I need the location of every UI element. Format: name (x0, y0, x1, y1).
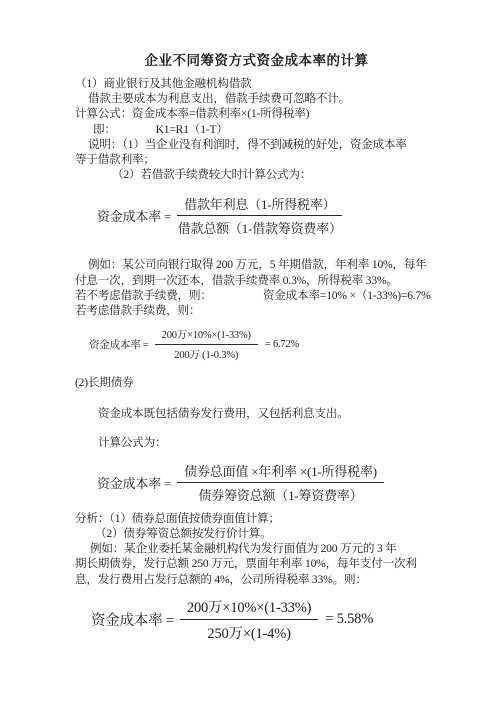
formula-bond-example: 资金成本率 = 200万×10%×(1-33%) 250万×(1-4%) = 5… (91, 596, 438, 643)
formula-lead: 资金成本率 = (89, 337, 149, 352)
line-loan-formula-text: 计算公式：资金成本率=借款利率×(1-所得税率) (75, 106, 438, 121)
line-loan-cost-intro: 借款主要成本为利息支出，借款手续费可忽略不计。 (75, 91, 438, 106)
line-loan-formula-symbols: 即： K1=R1（1-T） (75, 122, 438, 137)
line-note-2: （2）若借款手续费较大时计算公式为： (75, 167, 438, 182)
line-analysis-1: 分析：（1）债券总面值按债券面值计算； (75, 511, 438, 526)
line-bond-example-3: 息，发行费用占发行总额的 4%，公司所得税率 33%。则： (75, 572, 438, 587)
formula-denominator: 借款总额（1-借款筹资费率） (177, 216, 342, 237)
formula-loan-example: 资金成本率 = 200万×10%×(1-33%) 200万 (1-0.3%) =… (89, 327, 438, 362)
formula-fraction: 200万×10%×(1-33%) 200万 (1-0.3%) (155, 327, 258, 362)
formula-numerator: 200万×10%×(1-33%) (155, 327, 258, 345)
line-bond-formula-label: 计算公式为： (75, 435, 438, 450)
formula-loan-cost-rate: 资金成本率 = 借款年利息（1-所得税率） 借款总额（1-借款筹资费率） (97, 194, 438, 237)
formula-lead: 资金成本率 = (97, 206, 171, 225)
formula-numerator: 借款年利息（1-所得税率） (177, 194, 342, 216)
line-bond-example-2: 期长期债券，发行总额 250 万元，票面年利率 10%，每年支付一次利 (75, 556, 438, 571)
line-bank-loan-heading: （1）商业银行及其他金融机构借款 (75, 76, 438, 91)
formula-result: = 5.58% (325, 611, 373, 628)
line-bond-cost-intro: 资金成本既包括债券发行费用，又包括利息支出。 (75, 406, 438, 421)
formula-numerator: 债券总面值 ×年利率 ×(1-所得税率) (177, 461, 384, 483)
line-loan-example-2: 付息一次，到期一次还本，借款手续费率 0.3%，所得税率 33%。 (75, 273, 438, 288)
document-content: 企业不同筹资方式资金成本率的计算 （1）商业银行及其他金融机构借款 借款主要成本… (0, 0, 496, 643)
formula-denominator: 债券筹资总额（1-筹资费率） (177, 483, 384, 504)
formula-denominator: 200万 (1-0.3%) (155, 345, 258, 362)
line-no-fee-case: 若不考虑借款手续费，则： 资金成本率=10% ×（1-33%)=6.7% (75, 288, 438, 303)
formula-fraction: 债券总面值 ×年利率 ×(1-所得税率) 债券筹资总额（1-筹资费率） (177, 461, 384, 504)
line-with-fee-case: 若考虑借款手续费，则： (75, 303, 438, 318)
formula-fraction: 借款年利息（1-所得税率） 借款总额（1-借款筹资费率） (177, 194, 342, 237)
line-analysis-2: （2）债券筹资总额按发行价计算。 (75, 526, 438, 541)
document-title: 企业不同筹资方式资金成本率的计算 (75, 52, 438, 69)
formula-fraction: 200万×10%×(1-33%) 250万×(1-4%) (180, 596, 318, 643)
formula-numerator: 200万×10%×(1-33%) (180, 596, 318, 620)
formula-denominator: 250万×(1-4%) (180, 620, 318, 643)
formula-result: = 6.72% (265, 339, 299, 350)
document-page: 企业不同筹资方式资金成本率的计算 （1）商业银行及其他金融机构借款 借款主要成本… (0, 0, 496, 702)
formula-lead: 资金成本率 = (97, 473, 171, 492)
formula-bond-cost-rate: 资金成本率 = 债券总面值 ×年利率 ×(1-所得税率) 债券筹资总额（1-筹资… (97, 461, 438, 504)
line-note-1-cont: 等于借款利率； (75, 152, 438, 167)
line-bond-example-1: 例如：某企业委托某金融机构代为发行面值为 200 万元的 3 年 (75, 541, 438, 556)
line-bond-heading: (2)长期债券 (75, 375, 438, 390)
line-loan-example-1: 例如：某公司向银行取得 200 万元，5 年期借款，年利率 10%，每年 (75, 257, 438, 272)
formula-lead: 资金成本率 = (91, 609, 174, 630)
line-note-1: 说明：（1）当企业没有利润时，得不到减税的好处，资金成本率 (75, 137, 438, 152)
